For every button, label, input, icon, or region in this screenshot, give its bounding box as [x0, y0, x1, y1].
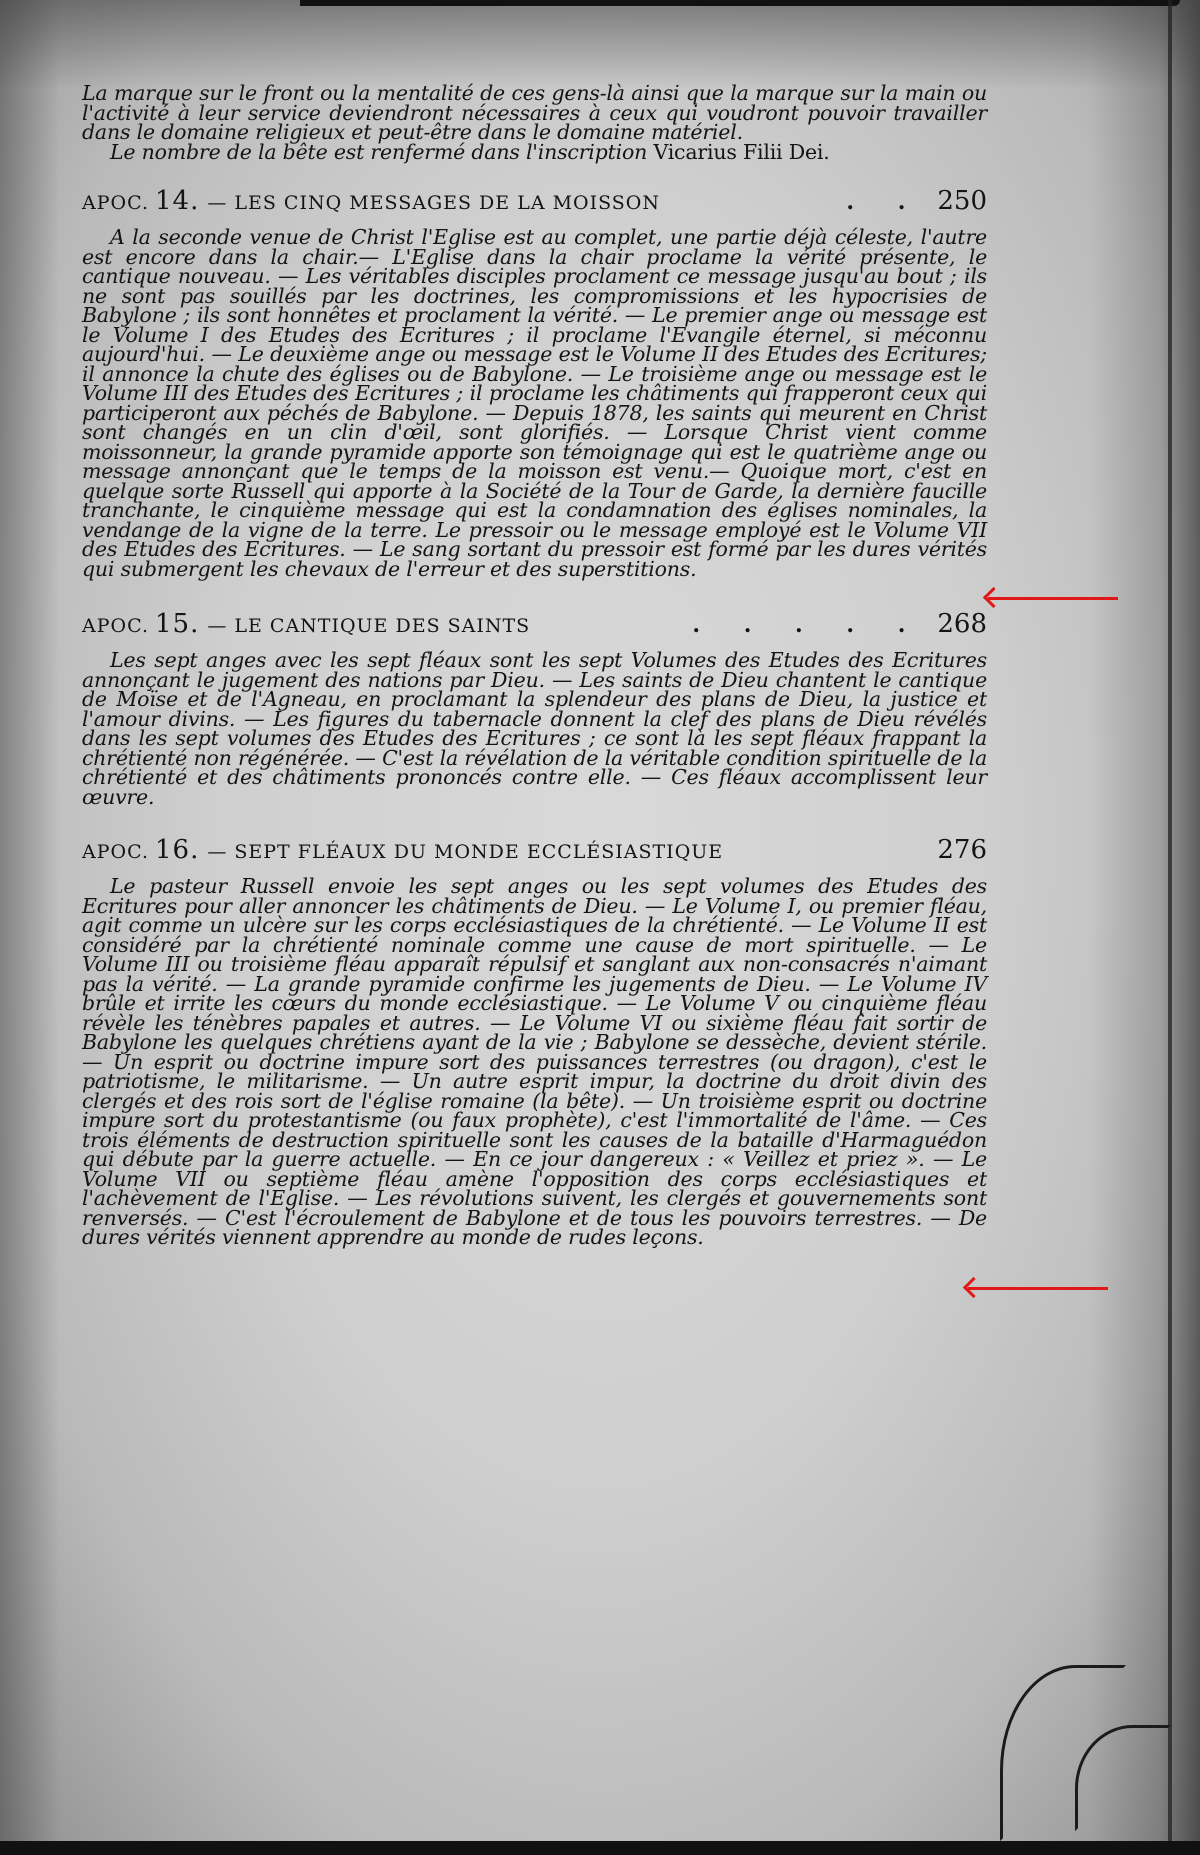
red-arrow-annotation-icon [968, 1287, 1108, 1290]
heading-prefix: APOC. [82, 841, 149, 863]
page-right-fold [1168, 0, 1172, 1855]
heading-title: — SEPT FLÉAUX DU MONDE ECCLÉSIASTIQUE [207, 841, 723, 863]
section-heading-apoc-16: APOC. 16. — SEPT FLÉAUX DU MONDE ECCLÉSI… [82, 835, 987, 865]
heading-number: 15. [155, 609, 199, 639]
page-content: La marque sur le front ou la mentalité d… [82, 84, 987, 1248]
scanned-page: La marque sur le front ou la mentalité d… [0, 0, 1200, 1855]
heading-title: — LE CANTIQUE DES SAINTS [207, 615, 530, 637]
inscription-text: Vicarius Filii Dei. [653, 140, 829, 164]
heading-prefix: APOC. [82, 192, 149, 214]
beast-number-text: Le nombre de la bête est renfermé dans l… [110, 140, 647, 164]
heading-number: 14. [155, 186, 199, 216]
section-body-text: Les sept anges avec les sept fléaux sont… [82, 648, 987, 809]
page-bottom-edge [0, 1841, 1200, 1855]
page-top-edge [300, 0, 1180, 6]
section-body-text: A la seconde venue de Christ l'Eglise es… [82, 225, 987, 581]
section-body-apoc-15: Les sept anges avec les sept fléaux sont… [82, 651, 987, 807]
heading-leaders: . . [660, 189, 937, 215]
heading-number: 16. [155, 835, 199, 865]
red-arrow-annotation-icon [988, 597, 1118, 600]
section-body-text: Le pasteur Russell envoie les sept anges… [82, 874, 987, 1249]
heading-title: — LES CINQ MESSAGES DE LA MOISSON [207, 192, 660, 214]
heading-page-number: 276 [937, 835, 987, 865]
heading-page-number: 268 [937, 609, 987, 639]
intro-paragraph-2: Le nombre de la bête est renfermé dans l… [82, 143, 987, 163]
section-body-apoc-16: Le pasteur Russell envoie les sept anges… [82, 877, 987, 1248]
section-body-apoc-14: A la seconde venue de Christ l'Eglise es… [82, 228, 987, 579]
section-heading-apoc-15: APOC. 15. — LE CANTIQUE DES SAINTS . . .… [82, 609, 987, 639]
heading-leaders: . . . . . [530, 612, 937, 638]
intro-paragraph: La marque sur le front ou la mentalité d… [82, 84, 987, 143]
heading-page-number: 250 [937, 186, 987, 216]
section-heading-apoc-14: APOC. 14. — LES CINQ MESSAGES DE LA MOIS… [82, 186, 987, 216]
heading-prefix: APOC. [82, 615, 149, 637]
